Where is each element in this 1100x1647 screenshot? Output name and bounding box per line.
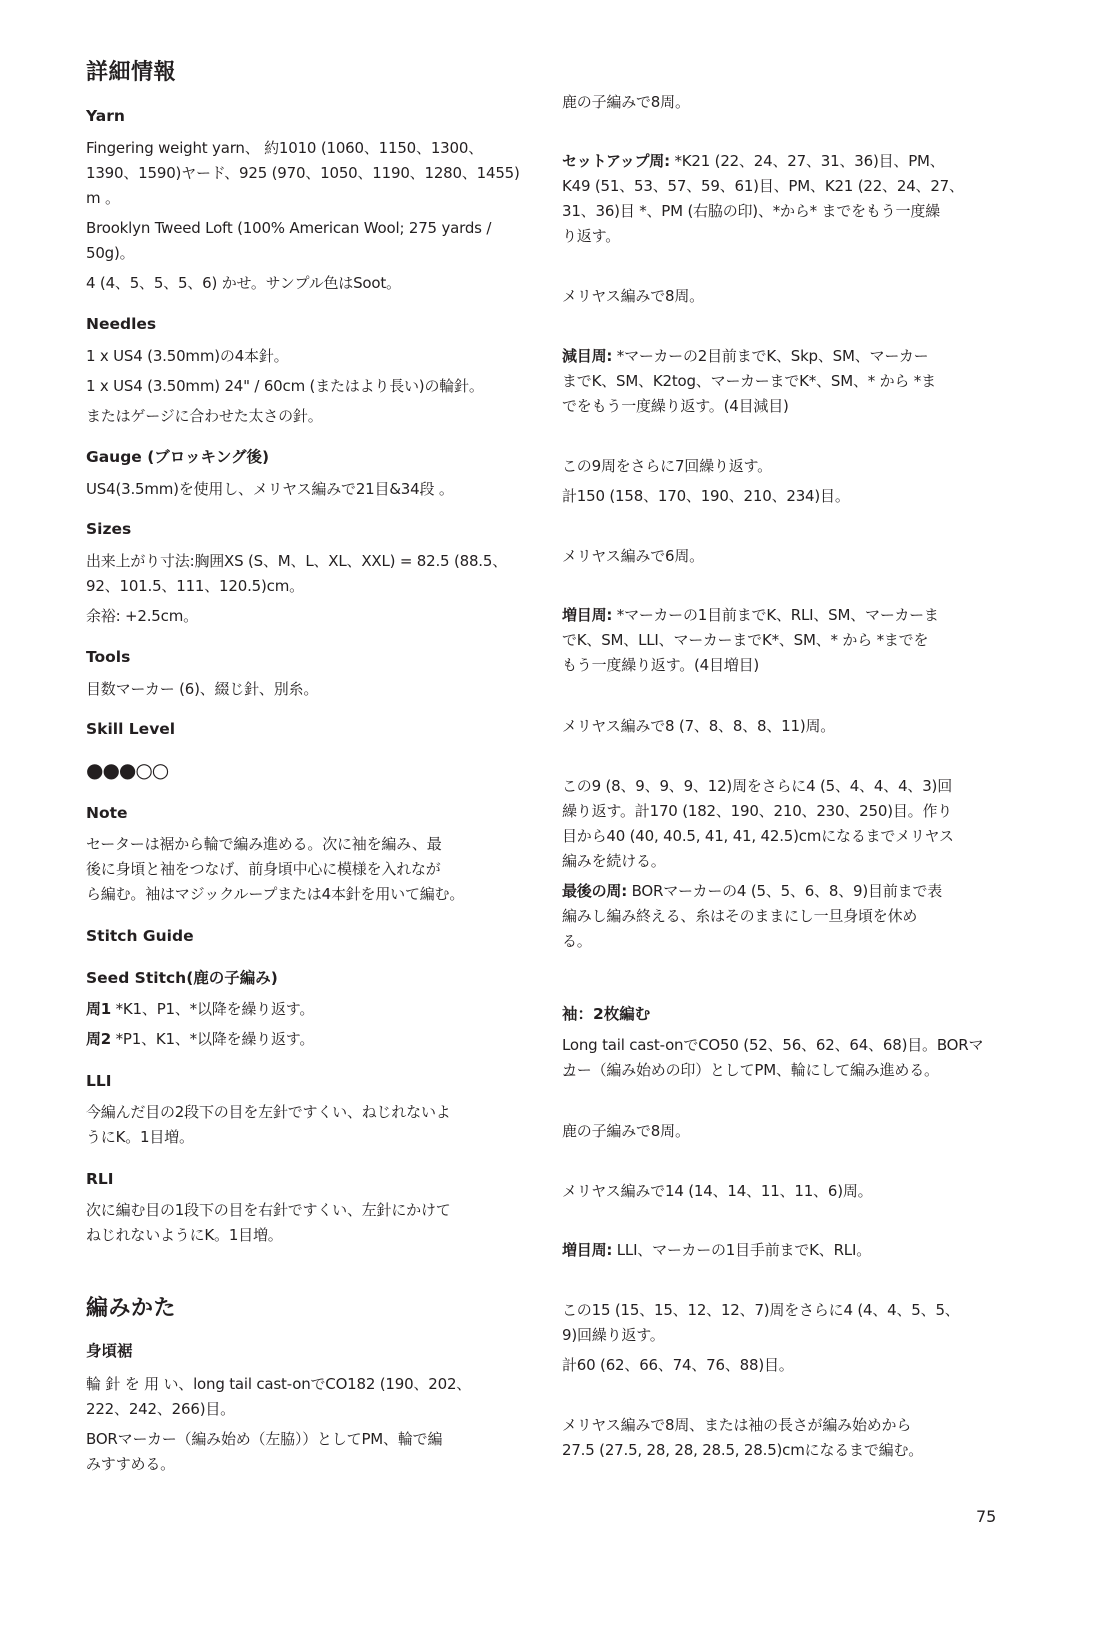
body-hem-line: 222、242、266)目。 bbox=[86, 1395, 526, 1425]
step-text: *マーカーの2目前までK、Skp、SM、マーカー bbox=[612, 347, 928, 365]
seed-stitch-heading: Seed Stitch(鹿の子編み) bbox=[86, 967, 526, 989]
sleeve-heading: 袖：2枚編む bbox=[562, 1003, 992, 1025]
pattern-page: 詳細情報 Yarn Fingering weight yarn、 約1010 (… bbox=[0, 0, 1100, 1647]
sizes-heading: Sizes bbox=[86, 518, 526, 540]
seed-stitch-row: 周2 *P1、K1、*以降を繰り返す。 bbox=[86, 1025, 526, 1055]
page-number: 75 bbox=[976, 1506, 996, 1528]
step-label: 増目周: bbox=[562, 1241, 612, 1259]
step-label: 増目周: bbox=[562, 606, 612, 624]
step-label: 減目周: bbox=[562, 347, 612, 365]
instruction-step: 鹿の子編みで8周。 bbox=[562, 1117, 992, 1147]
skill-level-rating: ●●●○○ bbox=[86, 757, 526, 783]
step-label: 最後の周: bbox=[562, 882, 627, 900]
instruction-step: メリヤス編みで8周。 bbox=[562, 282, 992, 312]
rli-heading: RLI bbox=[86, 1168, 526, 1190]
row-text: *K1、P1、*以降を繰り返す。 bbox=[111, 1000, 314, 1018]
instruction-step: 計150 (158、170、190、210、234)目。 bbox=[562, 482, 992, 512]
note-heading: Note bbox=[86, 802, 526, 824]
lli-heading: LLI bbox=[86, 1070, 526, 1092]
row-text: *P1、K1、*以降を繰り返す。 bbox=[111, 1030, 314, 1048]
row-label: 周1 bbox=[86, 1000, 111, 1018]
yarn-line: 50g)。 bbox=[86, 239, 526, 269]
instructions-title: 編みかた bbox=[86, 1294, 526, 1324]
instruction-step: この9周をさらに7回繰り返す。 bbox=[562, 452, 992, 482]
instruction-step: メリヤス編みで8 (7、8、8、8、11)周。 bbox=[562, 712, 992, 742]
body-hem-heading: 身頃裾 bbox=[86, 1340, 526, 1362]
setup-round-line: り返す。 bbox=[562, 222, 992, 252]
tools-heading: Tools bbox=[86, 646, 526, 668]
row-label: 周2 bbox=[86, 1030, 111, 1048]
needles-heading: Needles bbox=[86, 313, 526, 335]
body-hem-line: みすすめる。 bbox=[86, 1450, 526, 1480]
step-text: *K21 (22、24、27、31、36)目、PM、 bbox=[670, 152, 945, 170]
sleeve-increase-round: 増目周: LLI、マーカーの1目手前までK、RLI。 bbox=[562, 1236, 992, 1266]
gauge-line: US4(3.5mm)を使用し、メリヤス編みで21目&34段 。 bbox=[86, 475, 526, 505]
step-text: LLI、マーカーの1目手前までK、RLI。 bbox=[612, 1241, 871, 1259]
needles-line: 1 x US4 (3.50mm) 24" / 60cm (またはより長い)の輪針… bbox=[86, 372, 526, 402]
sizes-line: 92、101.5、111、120.5)cm。 bbox=[86, 572, 526, 602]
skill-level-heading: Skill Level bbox=[86, 718, 526, 740]
last-round-line: る。 bbox=[562, 927, 992, 957]
note-line: ら編む。袖はマジックループまたは4本針を用いて編む。 bbox=[86, 880, 526, 910]
sleeve-total: 計60 (62、66、74、76、88)目。 bbox=[562, 1351, 992, 1381]
filled-circle-icons: ●●● bbox=[86, 758, 135, 782]
instruction-step: メリヤス編みで6周。 bbox=[562, 542, 992, 572]
step-label: セットアップ周: bbox=[562, 152, 670, 170]
increase-round-line: もう一度繰り返す。(4目増目) bbox=[562, 651, 992, 681]
lli-line: うにK。1目増。 bbox=[86, 1123, 526, 1153]
seed-stitch-row: 周1 *K1、P1、*以降を繰り返す。 bbox=[86, 995, 526, 1025]
needles-line: 1 x US4 (3.50mm)の4本針。 bbox=[86, 342, 526, 372]
rli-line: ねじれないようにK。1目増。 bbox=[86, 1221, 526, 1251]
step-text: BORマーカーの4 (5、5、6、8、9)目前まで表 bbox=[627, 882, 942, 900]
empty-circle-icons: ○○ bbox=[135, 758, 168, 782]
step-text: *マーカーの1目前までK、RLI、SM、マーカーま bbox=[612, 606, 939, 624]
yarn-heading: Yarn bbox=[86, 105, 526, 127]
decrease-round-line: でをもう一度繰り返す。(4目減目) bbox=[562, 392, 992, 422]
needles-line: またはゲージに合わせた太さの針。 bbox=[86, 402, 526, 432]
tools-line: 目数マーカー (6)、綴じ針、別糸。 bbox=[86, 675, 526, 705]
instruction-step: メリヤス編みで14 (14、14、11、11、6)周。 bbox=[562, 1177, 992, 1207]
sizes-line: 余裕: +2.5cm。 bbox=[86, 602, 526, 632]
instruction-step: 鹿の子編みで8周。 bbox=[562, 88, 992, 118]
yarn-line: 4 (4、5、5、5、6) かせ。サンプル色はSoot。 bbox=[86, 269, 526, 299]
sleeve-final-line: 27.5 (27.5, 28, 28, 28.5, 28.5)cmになるまで編む… bbox=[562, 1436, 992, 1466]
sleeve-line: カー（編み始めの印）としてPM、輪にして編み進める。 bbox=[562, 1056, 992, 1086]
stitch-guide-heading: Stitch Guide bbox=[86, 925, 526, 947]
details-title: 詳細情報 bbox=[86, 58, 526, 88]
yarn-line: m 。 bbox=[86, 184, 526, 214]
sleeve-repeat-line: 9)回繰り返す。 bbox=[562, 1321, 992, 1351]
repeat-line: 編みを続ける。 bbox=[562, 847, 992, 877]
gauge-heading: Gauge (ブロッキング後) bbox=[86, 446, 526, 468]
